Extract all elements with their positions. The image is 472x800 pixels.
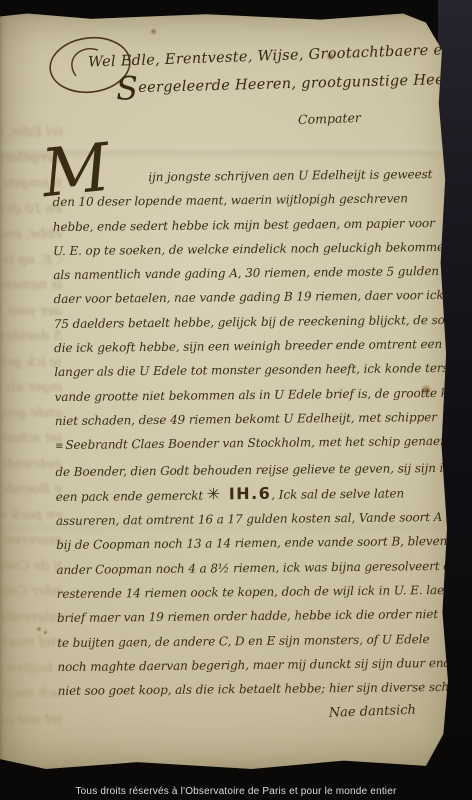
body-lines: ijn jongste schrijven aen U Edelheijt is… [52, 162, 452, 704]
manuscript-line: langer als die U Edele tot monster geson… [54, 356, 448, 384]
manuscript-ink-layer: Wel Edle, Erentveste, Wijse, Grootachtba… [0, 12, 458, 772]
salutation-line-1: Wel Edle, Erentveste, Wijse, Grootachtba… [88, 41, 471, 70]
manuscript-line: ≡Seebrandt Claes Boender van Stockholm, … [55, 429, 449, 459]
manuscript-line: niet soo goet koop, als die ick betaelt … [58, 675, 452, 703]
salutation-line-2: Seergeleerde Heeren, grootgunstige Heere… [116, 71, 470, 96]
correction-mark: ≡ [55, 441, 63, 452]
copyright-caption: Tous droits réservés à l'Observatoire de… [0, 786, 472, 797]
pack-mark-ih6: ✳ IH.6 [207, 484, 272, 504]
salutation-line-3: Compater [298, 110, 361, 127]
salutation-line-2-rest: eergeleerde Heeren, grootgunstige Heeren [138, 71, 470, 96]
manuscript-line: brief maer van 19 riemen order hadde, he… [57, 602, 451, 630]
swash-initial-s: S [116, 69, 139, 108]
manuscript-line: den 10 deser lopende maent, waerin wijtl… [52, 186, 446, 214]
catchword: Nae dantsich [0, 703, 416, 733]
manuscript-paper: Wel Edle, Erentveste, Wijse, Grootachtba… [0, 12, 458, 772]
